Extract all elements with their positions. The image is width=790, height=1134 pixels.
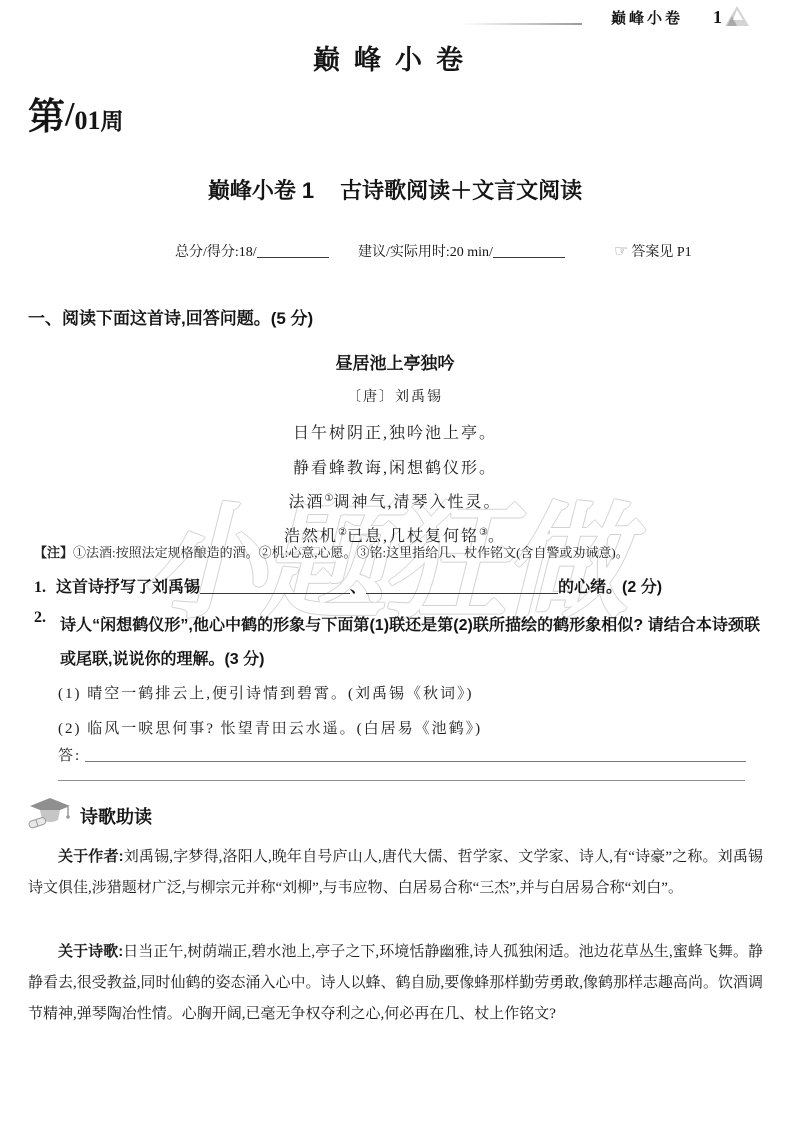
answer-label: 答: — [58, 744, 81, 765]
poem-line-3: 法酒①调神气,清琴入性灵。 — [0, 489, 790, 512]
answer-reference: ☞答案见 P1 — [614, 241, 692, 261]
poem-note: 【注】①法酒:按照法定规格酿造的酒。②机:心意,心愿。③铭:这里指给几、杖作铭文… — [34, 542, 629, 561]
poem-line-2: 静看蜂教诲,闲想鹤仪形。 — [0, 455, 790, 478]
answer-write-line-1 — [85, 744, 746, 762]
question-1-post: 的心绪。(2 分) — [558, 579, 662, 596]
poem-title: 昼居池上亭独吟 — [0, 349, 790, 374]
question-1-pre: 这首诗抒写了刘禹锡 — [56, 579, 200, 596]
aid-header: 诗歌助读 — [28, 797, 152, 834]
time-field: 建议/实际用时:20 min/ — [358, 241, 565, 261]
answer-write-line-2 — [58, 766, 745, 781]
week-prefix: 第 — [28, 96, 65, 137]
question-2-quote-2: (2) 临风一唳思何事? 怅望青田云水遥。(白居易《池鹤》) — [58, 717, 482, 738]
about-author-text: 刘禹锡,字梦得,洛阳人,晚年自号庐山人,唐代大儒、哲学家、文学家、诗人,有“诗豪… — [28, 849, 763, 896]
main-title: 巅峰小卷 — [0, 38, 790, 77]
paper-title: 巅峰小卷 1古诗歌阅读＋文言文阅读 — [0, 174, 790, 205]
paper-label: 巅峰小卷 1 — [208, 178, 314, 203]
section-one-heading: 一、阅读下面这首诗,回答问题。(5 分) — [28, 304, 313, 329]
question-2-quote-1: (1) 晴空一鹤排云上,便引诗情到碧霄。(刘禹锡《秋词》) — [58, 682, 473, 703]
answer-row: 答: — [58, 744, 746, 765]
answer-ref-text: 答案见 P1 — [631, 245, 691, 260]
question-1: 1.这首诗抒写了刘禹锡、的心绪。(2 分) — [34, 574, 662, 597]
header-booklet-title: 巅峰小卷 — [611, 7, 683, 28]
worksheet-page: 小题狂做 巅峰小卷 1 巅峰小卷 第/01周 巅峰小卷 1古诗歌阅读＋文言文阅读… — [0, 0, 790, 1134]
score-blank — [257, 242, 329, 258]
question-1-separator: 、 — [350, 579, 366, 596]
brand-triangle-icon — [724, 5, 750, 32]
paper-topic: 古诗歌阅读＋文言文阅读 — [340, 178, 582, 203]
week-suffix: 周 — [100, 108, 123, 134]
page-number: 1 — [713, 7, 722, 28]
question-1-number: 1. — [34, 579, 46, 596]
week-number: 01 — [74, 106, 100, 135]
page-header: 巅峰小卷 1 — [611, 7, 722, 28]
about-author-paragraph: 关于作者:刘禹锡,字梦得,洛阳人,晚年自号庐山人,唐代大儒、哲学家、文学家、诗人… — [28, 841, 763, 904]
score-label: 总分/得分:18/ — [175, 245, 257, 260]
footnote-mark-2: ② — [338, 527, 347, 538]
about-author-label: 关于作者: — [58, 848, 124, 865]
poem-line-1: 日午树阴正,独吟池上亭。 — [0, 420, 790, 443]
note-text: ①法酒:按照法定规格酿造的酒。②机:心意,心愿。③铭:这里指给几、杖作铭文(含自… — [73, 545, 629, 560]
pointing-hand-icon: ☞ — [614, 241, 628, 260]
score-field: 总分/得分:18/ — [175, 241, 329, 261]
poem-author: 〔唐〕刘禹锡 — [0, 386, 790, 406]
note-label: 【注】 — [34, 545, 73, 560]
graduation-cap-icon — [28, 797, 72, 834]
week-label: 第/01周 — [28, 86, 123, 140]
about-poem-paragraph: 关于诗歌:日当正午,树荫端正,碧水池上,亭子之下,环境恬静幽雅,诗人孤独闲适。池… — [28, 936, 763, 1030]
question-1-blank-1 — [200, 578, 350, 594]
time-label: 建议/实际用时:20 min/ — [358, 245, 493, 260]
about-poem-text: 日当正午,树荫端正,碧水池上,亭子之下,环境恬静幽雅,诗人孤独闲适。池边花草丛生… — [28, 944, 763, 1022]
header-rule — [462, 23, 582, 25]
question-1-blank-2 — [366, 578, 558, 594]
question-2-number: 2. — [34, 609, 46, 627]
time-blank — [493, 242, 565, 258]
aid-title: 诗歌助读 — [80, 803, 152, 829]
question-2-text: 诗人“闲想鹤仪形”,他心中鹤的形象与下面第(1)联还是第(2)联所描绘的鹤形象相… — [60, 609, 760, 677]
about-poem-label: 关于诗歌: — [58, 943, 123, 960]
footnote-mark-3: ③ — [479, 527, 488, 538]
